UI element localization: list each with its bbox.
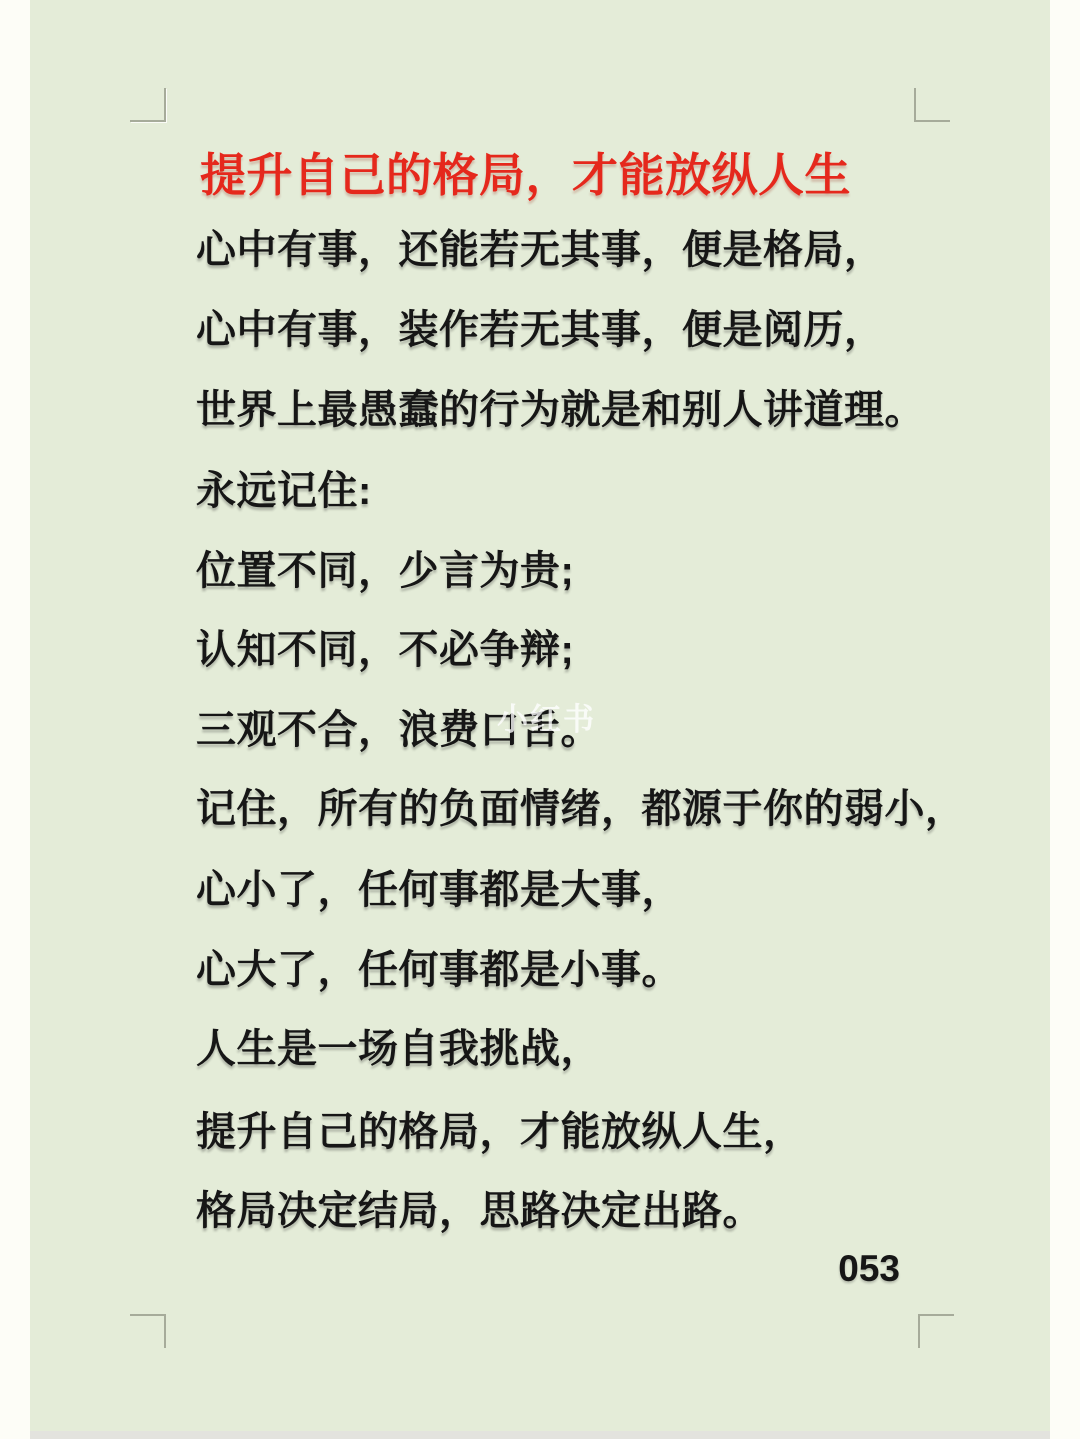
text-boundary-mark-top-left <box>130 88 166 122</box>
page-bottom-edge <box>30 1431 1050 1439</box>
watermark: 小红书 <box>497 694 596 739</box>
text-boundary-mark-top-right <box>914 88 950 122</box>
text-boundary-mark-bottom-right <box>918 1314 954 1348</box>
page-title: 提升自己的格局，才能放纵人生 <box>200 139 851 205</box>
text-line: 心大了，任何事都是小事。 <box>196 938 682 995</box>
text-line: 人生是一场自我挑战， <box>196 1017 601 1074</box>
text-line: 心小了，任何事都是大事， <box>196 858 682 915</box>
text-line: 永远记住: <box>196 459 372 516</box>
page-number: 053 <box>820 1248 900 1290</box>
text-line: 格局决定结局，思路决定出路。 <box>196 1179 763 1236</box>
text-line: 提升自己的格局，才能放纵人生， <box>196 1100 804 1157</box>
text-line: 心中有事，还能若无其事，便是格局， <box>196 218 885 275</box>
text-line: 位置不同，少言为贵; <box>196 539 574 596</box>
text-line: 心中有事，装作若无其事，便是阅历， <box>196 298 885 355</box>
text-line: 认知不同，不必争辩; <box>196 618 574 675</box>
text-boundary-mark-bottom-left <box>130 1314 166 1348</box>
text-line: 记住，所有的负面情绪，都源于你的弱小， <box>196 777 966 834</box>
text-line: 世界上最愚蠢的行为就是和别人讲道理。 <box>196 378 925 435</box>
